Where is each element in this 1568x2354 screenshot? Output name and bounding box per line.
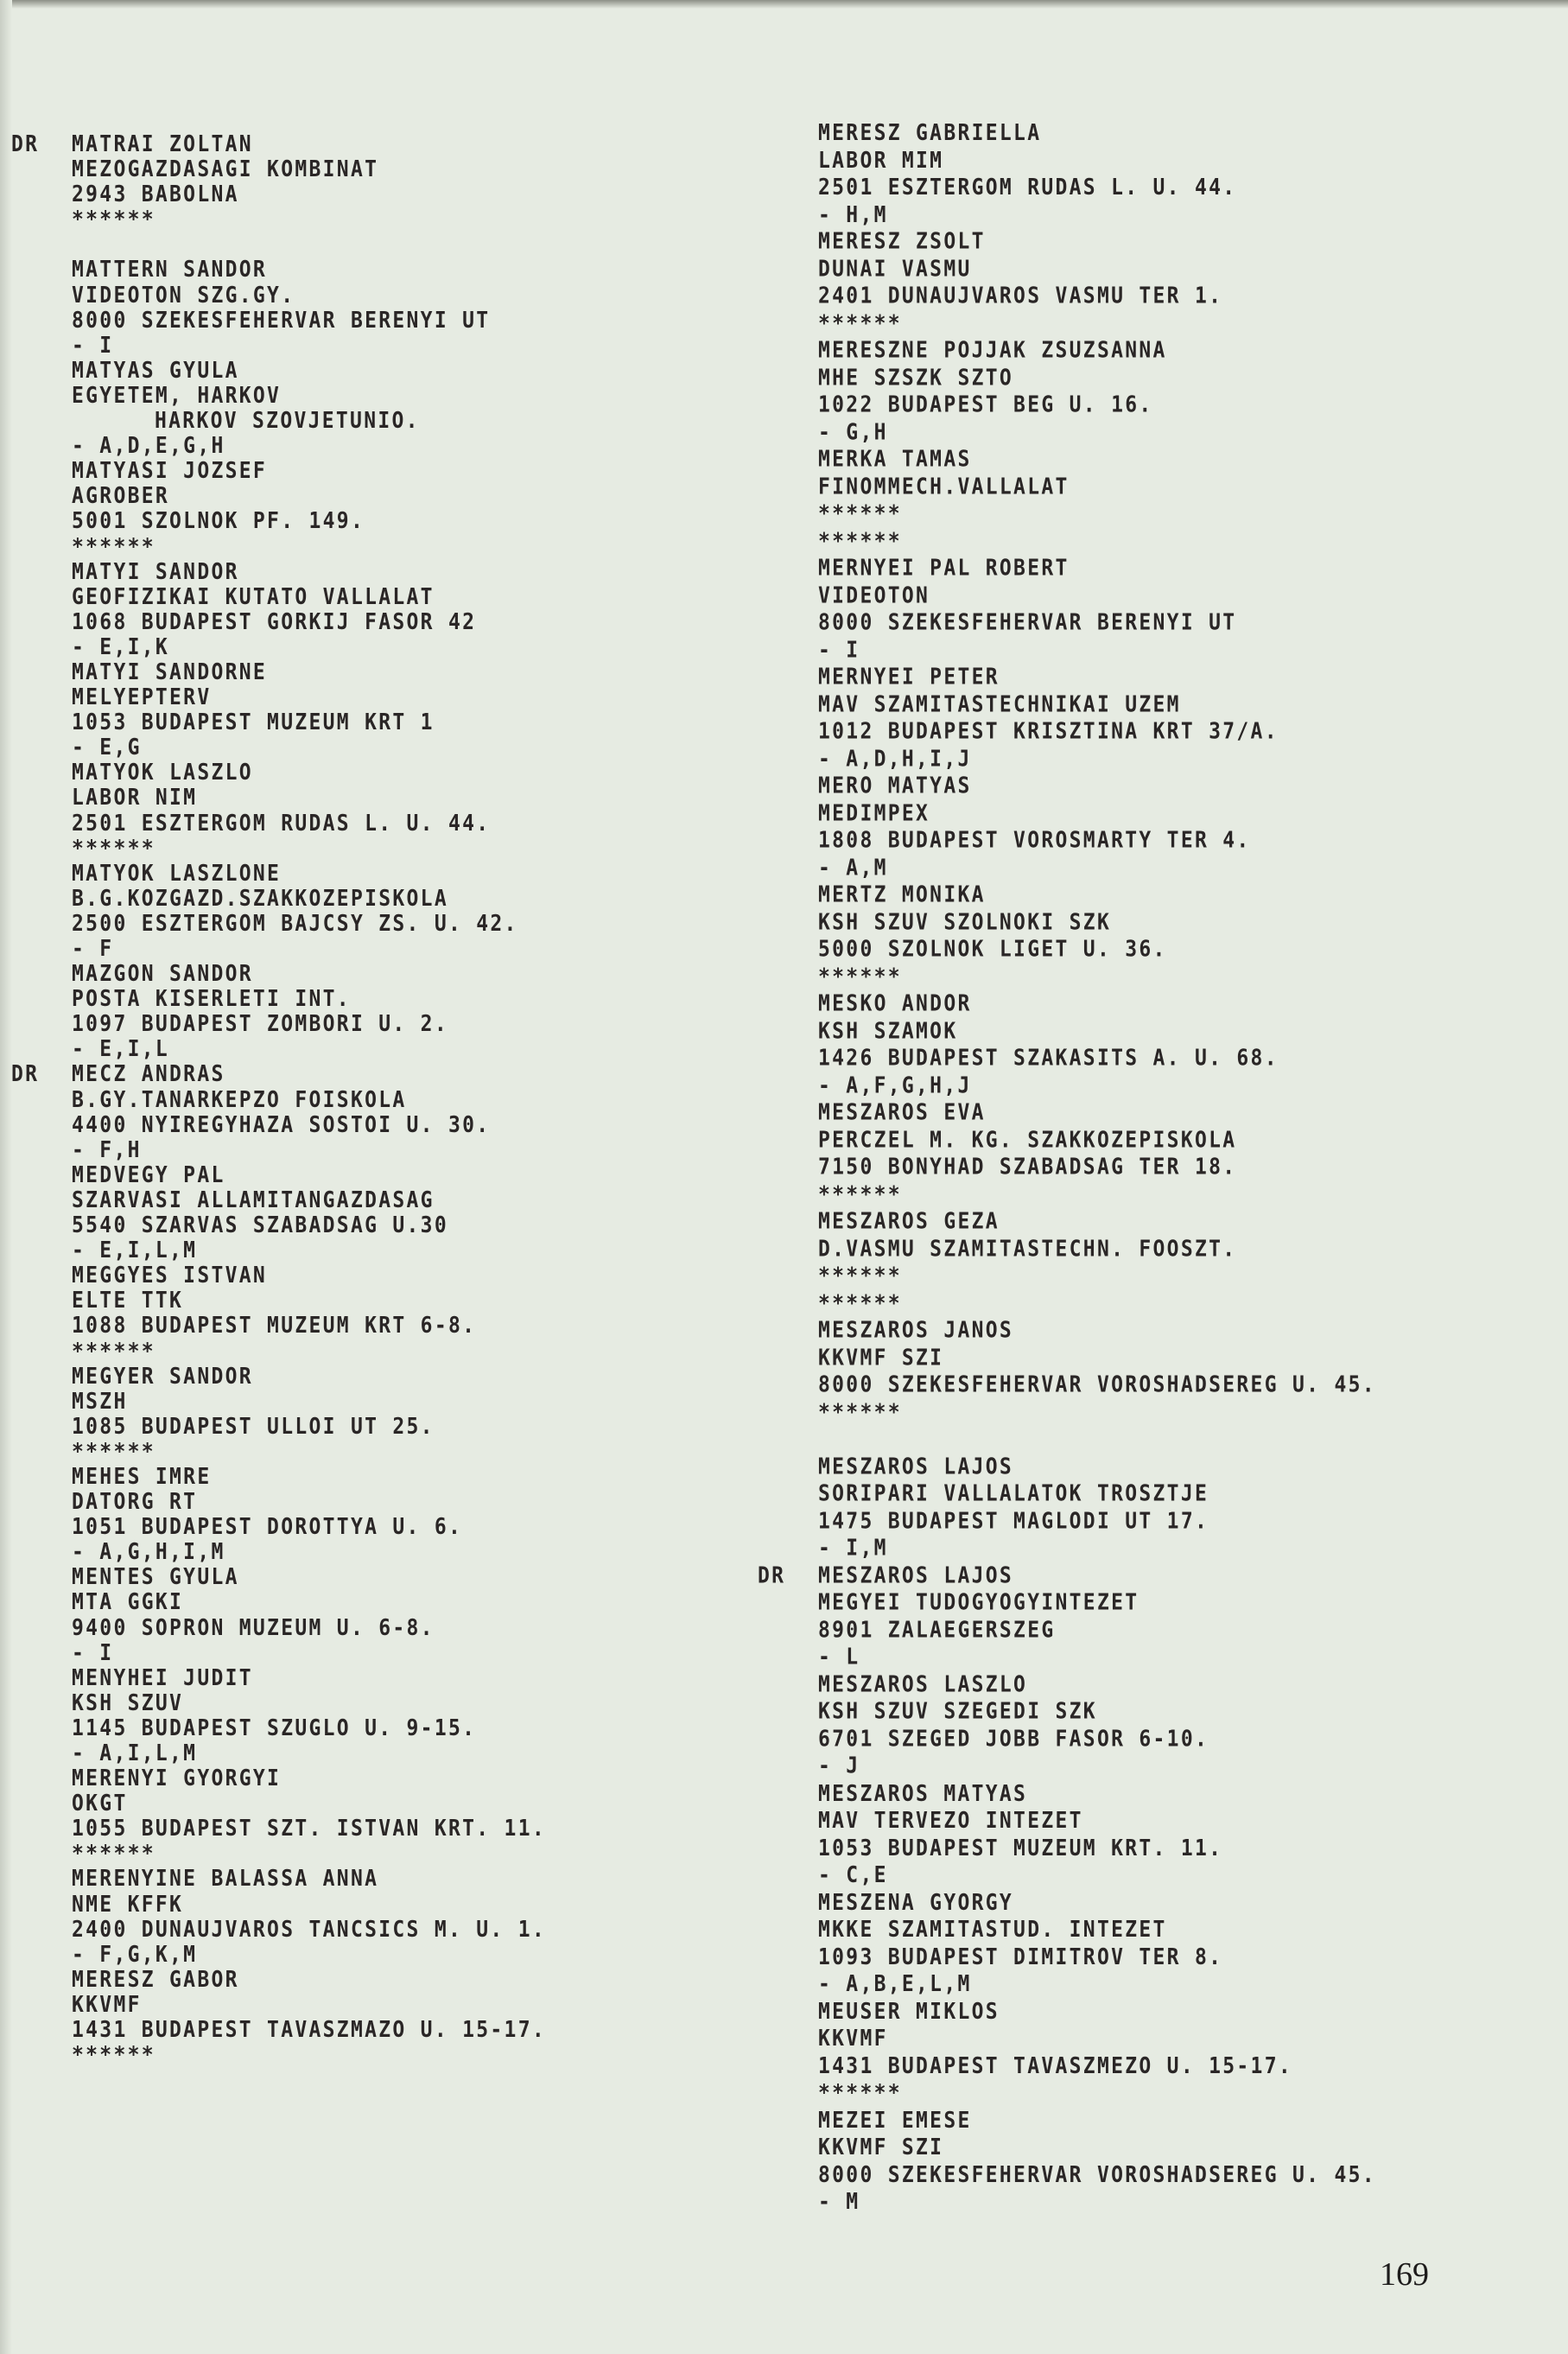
entry-text: 9400 SOPRON MUZEUM U. 6-8.: [72, 1615, 435, 1640]
entry-organization: MKKE SZAMITASTUD. INTEZET: [818, 1915, 1376, 1945]
directory-entry: MERESZ GABRIELLALABOR MIM2501 ESZTERGOM …: [818, 120, 1376, 229]
entry-name: MERESZ ZSOLT: [818, 227, 1376, 258]
entry-name: MESZAROS EVA: [818, 1098, 1376, 1129]
entry-text: LABOR NIM: [72, 786, 197, 811]
entry-organization: KSH SZUV: [72, 1689, 546, 1718]
entry-name: MEDVEGY PAL: [72, 1161, 546, 1190]
page-left-edge: [0, 0, 12, 2354]
entry-text: DUNAI VASMU: [818, 257, 972, 282]
entry-name: MESZAROS GEZA: [818, 1207, 1376, 1237]
entry-codes: ******: [818, 309, 1376, 340]
entry-text: - A,D,E,G,H: [72, 433, 225, 458]
entry-organization: KKVMF SZI: [818, 2133, 1376, 2163]
entry-text: MEGYER SANDOR: [72, 1364, 253, 1389]
directory-entry: MATYI SANDORNEMELYEPTERV1053 BUDAPEST MU…: [72, 660, 546, 760]
entry-text: MSZH: [72, 1389, 128, 1414]
entry-text: MECZ ANDRAS: [72, 1062, 225, 1087]
entry-address: 1085 BUDAPEST ULLOI UT 25.: [72, 1413, 546, 1441]
entry-codes: - A,D,H,I,J: [818, 745, 1376, 775]
entry-text: - J: [818, 1753, 860, 1778]
directory-entry: MERENYINE BALASSA ANNANME KFFK2400 DUNAU…: [72, 1867, 546, 1967]
entry-address: 2401 DUNAUJVAROS VASMU TER 1.: [818, 282, 1376, 312]
entry-text: 1088 BUDAPEST MUZEUM KRT 6-8.: [72, 1314, 476, 1339]
directory-entry: MATYOK LASZLOLABOR NIM2501 ESZTERGOM RUD…: [72, 760, 546, 861]
entry-text: MESZENA GYORGY: [818, 1890, 1013, 1915]
entry-text: ******: [818, 311, 902, 336]
entry-name: MERTZ MONIKA: [818, 881, 1376, 911]
entry-codes: - F,H: [72, 1136, 546, 1165]
entry-text: 5001 SZOLNOK PF. 149.: [72, 509, 365, 534]
entry-organization: EGYETEM, HARKOV: [72, 382, 546, 410]
entry-address: 1053 BUDAPEST MUZEUM KRT. 11.: [818, 1834, 1376, 1864]
entry-text: - L: [818, 1645, 860, 1670]
entry-text: MAV SZAMITASTECHNIKAI UZEM: [818, 692, 1181, 717]
entry-text: B.GY.TANARKEPZO FOISKOLA: [72, 1087, 407, 1112]
entry-text: MEGYEI TUDOGYOGYINTEZET: [818, 1590, 1139, 1615]
entry-codes: - A,D,E,G,H: [72, 432, 546, 461]
entry-name: MESZAROS LASZLO: [818, 1670, 1376, 1701]
entry-codes: ******: [72, 1338, 546, 1366]
entry-name: MERKA TAMAS: [818, 445, 1376, 475]
entry-text: 1145 BUDAPEST SZUGLO U. 9-15.: [72, 1715, 476, 1740]
entry-text: - G,H: [818, 420, 888, 445]
entry-text: ******: [818, 964, 902, 989]
entry-organization: ELTE TTK: [72, 1288, 546, 1316]
entry-address: 2500 ESZTERGOM BAJCSY ZS. U. 42.: [72, 910, 546, 938]
page-number: 169: [1380, 2255, 1429, 2294]
entry-address: 8901 ZALAEGERSZEG: [818, 1616, 1376, 1646]
entry-organization: D.VASMU SZAMITASTECHN. FOOSZT.: [818, 1235, 1376, 1265]
entry-address: 2400 DUNAUJVAROS TANCSICS M. U. 1.: [72, 1916, 546, 1944]
entry-codes: ******: [72, 207, 546, 235]
entry-text: 2501 ESZTERGOM RUDAS L. U. 44.: [72, 811, 490, 836]
entry-codes: - F: [72, 935, 546, 964]
left-column: DRMATRAI ZOLTANMEZOGAZDASAGI KOMBINAT294…: [72, 132, 546, 2068]
entry-address: 1426 BUDAPEST SZAKASITS A. U. 68.: [818, 1044, 1376, 1074]
entry-codes: - G,H: [818, 418, 1376, 449]
entry-address: 1051 BUDAPEST DOROTTYA U. 6.: [72, 1513, 546, 1542]
entry-text: EGYETEM, HARKOV: [72, 383, 281, 408]
entry-address: 1097 BUDAPEST ZOMBORI U. 2.: [72, 1011, 546, 1040]
entry-codes: - E,G: [72, 735, 546, 763]
entry-codes: - A,I,L,M: [72, 1740, 546, 1768]
entry-address: 1431 BUDAPEST TAVASZMEZO U. 15-17.: [818, 2052, 1376, 2082]
entry-codes: - I: [72, 332, 546, 360]
entry-text: 1808 BUDAPEST VOROSMARTY TER 4.: [818, 828, 1251, 853]
entry-text: HARKOV SZOVJETUNIO.: [72, 408, 420, 433]
entry-text: - E,G: [72, 735, 142, 760]
entry-codes: - J: [818, 1752, 1376, 1782]
entry-text: MATYOK LASZLONE: [72, 861, 281, 886]
entry-text: MENTES GYULA: [72, 1565, 239, 1590]
entry-organization: MEDIMPEX: [818, 799, 1376, 830]
entry-text: MERNYEI PETER: [818, 665, 1000, 690]
entry-text: - E,I,L: [72, 1037, 169, 1062]
entry-address: 4400 NYIREGYHAZA SOSTOI U. 30.: [72, 1111, 546, 1140]
directory-entry: MAZGON SANDORPOSTA KISERLETI INT.1097 BU…: [72, 962, 546, 1062]
entry-text: 2401 DUNAUJVAROS VASMU TER 1.: [818, 283, 1222, 309]
entry-name: MAZGON SANDOR: [72, 960, 546, 989]
directory-entry: MESZAROS LASZLOKSH SZUV SZEGEDI SZK6701 …: [818, 1672, 1376, 1781]
entry-text: - F,H: [72, 1137, 142, 1162]
entry-name: DRMATRAI ZOLTAN: [72, 130, 546, 159]
entry-text: 8000 SZEKESFEHERVAR BERENYI UT: [818, 610, 1236, 635]
directory-entry: MESKO ANDORKSH SZAMOK1426 BUDAPEST SZAKA…: [818, 991, 1376, 1100]
entry-text: MESZAROS LAJOS: [818, 1563, 1013, 1588]
entry-text: - A,F,G,H,J: [818, 1073, 972, 1098]
entry-address: 1808 BUDAPEST VOROSMARTY TER 4.: [818, 826, 1376, 856]
directory-entry: MATYI SANDORGEOFIZIKAI KUTATO VALLALAT10…: [72, 560, 546, 660]
entry-text: MERENYINE BALASSA ANNA: [72, 1867, 378, 1892]
directory-entry: MERKA TAMASFINOMMECH.VALLALAT***********…: [818, 447, 1376, 556]
entry-text: MEDIMPEX: [818, 801, 930, 826]
title-prefix: DR: [11, 1061, 39, 1090]
entry-text: 1012 BUDAPEST KRISZTINA KRT 37/A.: [818, 719, 1279, 744]
entry-text: B.G.KOZGAZD.SZAKKOZEPISKOLA: [72, 886, 448, 911]
directory-entry: DRMESZAROS LAJOSMEGYEI TUDOGYOGYINTEZET8…: [818, 1563, 1376, 1672]
entry-organization: KSH SZUV SZOLNOKI SZK: [818, 908, 1376, 938]
entry-text: 2501 ESZTERGOM RUDAS L. U. 44.: [818, 175, 1236, 200]
entry-address: 5000 SZOLNOK LIGET U. 36.: [818, 935, 1376, 965]
directory-entry: DRMATRAI ZOLTANMEZOGAZDASAGI KOMBINAT294…: [72, 132, 546, 232]
entry-text: ******: [72, 2042, 156, 2067]
entry-text: 1053 BUDAPEST MUZEUM KRT. 11.: [818, 1835, 1222, 1861]
entry-text: MERESZ GABRIELLA: [818, 120, 1041, 145]
entry-organization: OKGT: [72, 1790, 546, 1818]
entry-text: 8000 SZEKESFEHERVAR VOROSHADSEREG U. 45.: [818, 2162, 1376, 2187]
blank-spacer: [72, 232, 546, 258]
entry-text: DATORG RT: [72, 1489, 197, 1514]
entry-name: MERENYINE BALASSA ANNA: [72, 1866, 546, 1894]
entry-address: 6701 SZEGED JOBB FASOR 6-10.: [818, 1725, 1376, 1755]
entry-text: 4400 NYIREGYHAZA SOSTOI U. 30.: [72, 1112, 490, 1137]
entry-text: MAZGON SANDOR: [72, 961, 253, 986]
directory-entry: MESZAROS EVAPERCZEL M. KG. SZAKKOZEPISKO…: [818, 1100, 1376, 1209]
entry-name: MESZAROS JANOS: [818, 1316, 1376, 1346]
entry-text: 8000 SZEKESFEHERVAR BERENYI UT: [72, 308, 490, 333]
entry-organization: MELYEPTERV: [72, 684, 546, 712]
entry-text: KSH SZAMOK: [818, 1019, 957, 1044]
entry-text: ******: [72, 836, 156, 861]
entry-text: MEGGYES ISTVAN: [72, 1263, 267, 1288]
entry-text: MATRAI ZOLTAN: [72, 131, 253, 156]
entry-text: ******: [818, 1291, 902, 1316]
entry-name: MERESZ GABOR: [72, 1966, 546, 1995]
entry-address: 8000 SZEKESFEHERVAR VOROSHADSEREG U. 45.: [818, 2160, 1376, 2191]
entry-name: MEUSER MIKLOS: [818, 1997, 1376, 2027]
entry-codes: - E,I,L,M: [72, 1237, 546, 1265]
entry-organization: MAV SZAMITASTECHNIKAI UZEM: [818, 690, 1376, 721]
entry-name: DRMECZ ANDRAS: [72, 1061, 546, 1090]
entry-name: MEGGYES ISTVAN: [72, 1262, 546, 1290]
entry-codes: - A,M: [818, 854, 1376, 884]
entry-text: - I: [818, 638, 860, 663]
entry-text: MEZOGAZDASAGI KOMBINAT: [72, 156, 378, 181]
entry-organization: KKVMF SZI: [818, 1344, 1376, 1374]
entry-text: MESZAROS MATYAS: [818, 1781, 1027, 1806]
entry-text: 1426 BUDAPEST SZAKASITS A. U. 68.: [818, 1046, 1279, 1071]
entry-name: MEGYER SANDOR: [72, 1363, 546, 1391]
entry-text: SZARVASI ALLAMITANGAZDASAG: [72, 1187, 435, 1212]
entry-name: MATYI SANDORNE: [72, 658, 546, 687]
directory-entry: MATYOK LASZLONEB.G.KOZGAZD.SZAKKOZEPISKO…: [72, 862, 546, 962]
entry-address: 1022 BUDAPEST BEG U. 16.: [818, 391, 1376, 421]
entry-address: 2943 BABOLNA: [72, 181, 546, 209]
entry-text: - C,E: [818, 1862, 888, 1887]
entry-organization: VIDEOTON: [818, 582, 1376, 612]
entry-text: 5000 SZOLNOK LIGET U. 36.: [818, 937, 1167, 962]
entry-text: MATTERN SANDOR: [72, 258, 267, 283]
directory-entry: MEGGYES ISTVANELTE TTK1088 BUDAPEST MUZE…: [72, 1263, 546, 1364]
entry-text: MERESZ GABOR: [72, 1967, 239, 1992]
entry-text: - I,M: [818, 1536, 888, 1561]
entry-address: 1053 BUDAPEST MUZEUM KRT 1: [72, 709, 546, 737]
entry-organization: KSH SZAMOK: [818, 1017, 1376, 1047]
directory-entry: MESZAROS LAJOSSORIPARI VALLALATOK TROSZT…: [818, 1454, 1376, 1563]
directory-entry: MESZENA GYORGYMKKE SZAMITASTUD. INTEZET1…: [818, 1890, 1376, 1999]
entry-name: MEHES IMRE: [72, 1463, 546, 1492]
entry-codes: - I: [72, 1639, 546, 1668]
entry-address: HARKOV SZOVJETUNIO.: [72, 407, 546, 436]
entry-text: KSH SZUV SZEGEDI SZK: [818, 1699, 1097, 1724]
directory-entry: MERTZ MONIKAKSH SZUV SZOLNOKI SZK5000 SZ…: [818, 882, 1376, 991]
entry-codes: - A,B,E,L,M: [818, 1969, 1376, 2000]
entry-text: POSTA KISERLETI INT.: [72, 987, 351, 1012]
entry-address: 1055 BUDAPEST SZT. ISTVAN KRT. 11.: [72, 1816, 546, 1844]
entry-text: ******: [818, 1400, 902, 1425]
entry-organization: LABOR MIM: [818, 146, 1376, 176]
entry-text: MESZAROS LAJOS: [818, 1454, 1013, 1479]
entry-text: KSH SZUV: [72, 1690, 183, 1715]
entry-codes: - I,M: [818, 1534, 1376, 1564]
entry-text: MATYOK LASZLO: [72, 760, 253, 786]
entry-organization: LABOR NIM: [72, 785, 546, 813]
entry-text: MERTZ MONIKA: [818, 882, 986, 907]
entry-text: SORIPARI VALLALATOK TROSZTJE: [818, 1481, 1209, 1506]
entry-organization: PERCZEL M. KG. SZAKKOZEPISKOLA: [818, 1126, 1376, 1156]
entry-name: MENYHEI JUDIT: [72, 1664, 546, 1693]
entry-text: 1053 BUDAPEST MUZEUM KRT 1: [72, 710, 435, 735]
entry-text: MKKE SZAMITASTUD. INTEZET: [818, 1917, 1167, 1942]
entry-text: 1022 BUDAPEST BEG U. 16.: [818, 392, 1153, 417]
entry-text: MERKA TAMAS: [818, 447, 972, 472]
entry-codes: - A,G,H,I,M: [72, 1539, 546, 1568]
entry-text: - A,D,H,I,J: [818, 747, 972, 772]
entry-text: NME KFFK: [72, 1892, 183, 1917]
entry-text: KKVMF: [818, 2026, 888, 2051]
entry-text: MATYAS GYULA: [72, 358, 239, 383]
entry-organization: KSH SZUV SZEGEDI SZK: [818, 1697, 1376, 1727]
entry-codes: ******: [818, 2078, 1376, 2109]
directory-entry: MEHES IMREDATORG RT1051 BUDAPEST DOROTTY…: [72, 1465, 546, 1565]
entry-address: 8000 SZEKESFEHERVAR BERENYI UT: [72, 307, 546, 335]
entry-text: MTA GGKI: [72, 1590, 183, 1615]
entry-name: MESZAROS LAJOS: [818, 1453, 1376, 1483]
entry-codes: - E,I,K: [72, 633, 546, 662]
entry-text: VIDEOTON: [818, 583, 930, 608]
entry-text: - H,M: [818, 202, 888, 227]
entry-text: 1068 BUDAPEST GORKIJ FASOR 42: [72, 609, 476, 634]
entry-codes: ******: [818, 1180, 1376, 1211]
entry-text: 1055 BUDAPEST SZT. ISTVAN KRT. 11.: [72, 1816, 546, 1842]
entry-organization: B.G.KOZGAZD.SZAKKOZEPISKOLA: [72, 885, 546, 913]
entry-address: 1088 BUDAPEST MUZEUM KRT 6-8.: [72, 1313, 546, 1341]
entry-text: 1093 BUDAPEST DIMITROV TER 8.: [818, 1944, 1222, 1969]
entry-text: 2943 BABOLNA: [72, 182, 239, 207]
entry-name: MATYOK LASZLONE: [72, 860, 546, 888]
entry-codes: ******: [72, 1438, 546, 1466]
entry-name: MATYASI JOZSEF: [72, 457, 546, 486]
entry-codes: ******: [72, 533, 546, 562]
entry-text: PERCZEL M. KG. SZAKKOZEPISKOLA: [818, 1128, 1236, 1153]
entry-text: 6701 SZEGED JOBB FASOR 6-10.: [818, 1727, 1209, 1752]
directory-entry: MENYHEI JUDITKSH SZUV1145 BUDAPEST SZUGL…: [72, 1666, 546, 1766]
entry-text: 1085 BUDAPEST ULLOI UT 25.: [72, 1414, 435, 1439]
entry-text: ******: [818, 2080, 902, 2105]
entry-name: MESKO ANDOR: [818, 989, 1376, 1020]
directory-entry: MEUSER MIKLOSKKVMF1431 BUDAPEST TAVASZME…: [818, 1999, 1376, 2108]
directory-entry: MESZAROS GEZAD.VASMU SZAMITASTECHN. FOOS…: [818, 1209, 1376, 1318]
entry-text: 1431 BUDAPEST TAVASZMAZO U. 15-17.: [72, 2017, 546, 2042]
entry-text: 8000 SZEKESFEHERVAR VOROSHADSEREG U. 45.: [818, 1372, 1376, 1397]
entry-address: ******: [818, 499, 1376, 530]
entry-text: ******: [72, 1339, 156, 1364]
entry-organization: VIDEOTON SZG.GY.: [72, 282, 546, 310]
entry-text: MERENYI GYORGYI: [72, 1765, 281, 1791]
entry-name: MERO MATYAS: [818, 772, 1376, 802]
entry-text: ******: [818, 501, 902, 526]
entry-text: MEDVEGY PAL: [72, 1162, 225, 1187]
entry-text: - I: [72, 1640, 113, 1665]
right-column: MERESZ GABRIELLALABOR MIM2501 ESZTERGOM …: [818, 120, 1376, 2217]
entry-text: ******: [72, 1439, 156, 1464]
entry-text: ******: [818, 1182, 902, 1207]
entry-text: MEHES IMRE: [72, 1464, 211, 1489]
entry-text: MAV TERVEZO INTEZET: [818, 1808, 1083, 1833]
entry-name: MERNYEI PETER: [818, 663, 1376, 693]
entry-text: MESZAROS JANOS: [818, 1318, 1013, 1343]
directory-entry: MATTERN SANDORVIDEOTON SZG.GY.8000 SZEKE…: [72, 258, 546, 358]
entry-organization: POSTA KISERLETI INT.: [72, 985, 546, 1014]
directory-entry: MEDVEGY PALSZARVASI ALLAMITANGAZDASAG554…: [72, 1163, 546, 1263]
entry-text: 1431 BUDAPEST TAVASZMEZO U. 15-17.: [818, 2053, 1292, 2078]
entry-address: 1431 BUDAPEST TAVASZMAZO U. 15-17.: [72, 2016, 546, 2045]
entry-address: 1145 BUDAPEST SZUGLO U. 9-15.: [72, 1715, 546, 1743]
entry-text: MESZAROS EVA: [818, 1100, 986, 1125]
entry-text: ******: [72, 1842, 156, 1867]
entry-codes: ******: [818, 1398, 1376, 1428]
entry-text: KKVMF SZI: [818, 1346, 943, 1371]
entry-organization: MEZOGAZDASAGI KOMBINAT: [72, 156, 546, 184]
entry-codes: - F,G,K,M: [72, 1941, 546, 1969]
entry-codes: - I: [818, 636, 1376, 666]
entry-organization: MAV TERVEZO INTEZET: [818, 1806, 1376, 1836]
entry-text: - F,G,K,M: [72, 1942, 197, 1967]
entry-name: MERENYI GYORGYI: [72, 1765, 546, 1793]
entry-organization: DUNAI VASMU: [818, 255, 1376, 285]
entry-codes: ******: [818, 963, 1376, 993]
entry-text: - E,I,L,M: [72, 1237, 197, 1263]
entry-text: - F: [72, 936, 113, 961]
entry-address: 1012 BUDAPEST KRISZTINA KRT 37/A.: [818, 717, 1376, 748]
directory-entry: MERESZ GABORKKVMF1431 BUDAPEST TAVASZMAZ…: [72, 1968, 546, 2068]
entry-organization: AGROBER: [72, 483, 546, 512]
entry-text: KKVMF SZI: [818, 2135, 943, 2160]
entry-organization: MTA GGKI: [72, 1589, 546, 1618]
entry-text: MENYHEI JUDIT: [72, 1665, 253, 1690]
entry-text: 2500 ESZTERGOM BAJCSY ZS. U. 42.: [72, 911, 518, 936]
entry-text: MEZEI EMESE: [818, 2108, 972, 2133]
entry-organization: KKVMF: [818, 2024, 1376, 2054]
entry-address: 8000 SZEKESFEHERVAR VOROSHADSEREG U. 45.: [818, 1371, 1376, 1401]
entry-text: MHE SZSZK SZTO: [818, 366, 1013, 391]
entry-address: 1093 BUDAPEST DIMITROV TER 8.: [818, 1943, 1376, 1973]
entry-codes: ******: [818, 527, 1376, 557]
entry-codes: ******: [818, 1289, 1376, 1320]
entry-text: ******: [72, 207, 156, 232]
entry-text: LABOR MIM: [818, 148, 943, 173]
directory-entry: MESZAROS MATYASMAV TERVEZO INTEZET1053 B…: [818, 1781, 1376, 1890]
entry-text: OKGT: [72, 1791, 128, 1816]
entry-text: ******: [72, 534, 156, 559]
blank-spacer: [818, 1427, 1376, 1454]
entry-text: MEUSER MIKLOS: [818, 1999, 1000, 2024]
directory-entry: MEZEI EMESEKKVMF SZI8000 SZEKESFEHERVAR …: [818, 2108, 1376, 2217]
directory-entry: MERNYEI PAL ROBERTVIDEOTON8000 SZEKESFEH…: [818, 556, 1376, 665]
entry-organization: SORIPARI VALLALATOK TROSZTJE: [818, 1479, 1376, 1510]
entry-codes: - M: [818, 2187, 1376, 2217]
entry-address: 1068 BUDAPEST GORKIJ FASOR 42: [72, 608, 546, 637]
entry-text: - A,B,E,L,M: [818, 1971, 972, 1996]
entry-name: MESZAROS MATYAS: [818, 1779, 1376, 1810]
entry-name: MERNYEI PAL ROBERT: [818, 554, 1376, 584]
entry-organization: MEGYEI TUDOGYOGYINTEZET: [818, 1588, 1376, 1619]
entry-address: 9400 SOPRON MUZEUM U. 6-8.: [72, 1614, 546, 1643]
entry-text: 7150 BONYHAD SZABADSAG TER 18.: [818, 1155, 1236, 1180]
entry-organization: SZARVASI ALLAMITANGAZDASAG: [72, 1187, 546, 1215]
entry-text: - A,G,H,I,M: [72, 1540, 225, 1565]
entry-text: - A,I,L,M: [72, 1740, 197, 1765]
entry-text: GEOFIZIKAI KUTATO VALLALAT: [72, 584, 435, 609]
directory-entry: MATYASI JOZSEFAGROBER5001 SZOLNOK PF. 14…: [72, 459, 546, 559]
entry-address: 7150 BONYHAD SZABADSAG TER 18.: [818, 1153, 1376, 1183]
entry-address: 5001 SZOLNOK PF. 149.: [72, 508, 546, 537]
entry-text: AGROBER: [72, 484, 169, 509]
entry-text: KSH SZUV SZOLNOKI SZK: [818, 910, 1111, 935]
entry-name: MESZENA GYORGY: [818, 1888, 1376, 1918]
entry-address: 2501 ESZTERGOM RUDAS L. U. 44.: [72, 810, 546, 838]
entry-organization: MSZH: [72, 1388, 546, 1416]
entry-text: MERESZNE POJJAK ZSUZSANNA: [818, 338, 1167, 363]
title-prefix: DR: [11, 130, 39, 159]
entry-name: DRMESZAROS LAJOS: [818, 1562, 1376, 1592]
entry-text: FINOMMECH.VALLALAT: [818, 474, 1070, 499]
entry-text: 1097 BUDAPEST ZOMBORI U. 2.: [72, 1012, 448, 1037]
entry-text: 8901 ZALAEGERSZEG: [818, 1618, 1056, 1643]
entry-text: MESZAROS GEZA: [818, 1209, 1000, 1234]
entry-text: ******: [818, 529, 902, 554]
entry-text: VIDEOTON SZG.GY.: [72, 283, 295, 308]
directory-entry: MERO MATYASMEDIMPEX1808 BUDAPEST VOROSMA…: [818, 773, 1376, 882]
directory-entry: MERNYEI PETERMAV SZAMITASTECHNIKAI UZEM1…: [818, 665, 1376, 773]
entry-text: MERNYEI PAL ROBERT: [818, 556, 1070, 581]
entry-text: MELYEPTERV: [72, 684, 211, 709]
page-top-shadow: [0, 0, 1568, 9]
entry-text: - M: [818, 2189, 860, 2214]
entry-text: - I: [72, 333, 113, 358]
directory-entry: MENTES GYULAMTA GGKI9400 SOPRON MUZEUM U…: [72, 1565, 546, 1665]
entry-text: MATYI SANDORNE: [72, 659, 267, 684]
